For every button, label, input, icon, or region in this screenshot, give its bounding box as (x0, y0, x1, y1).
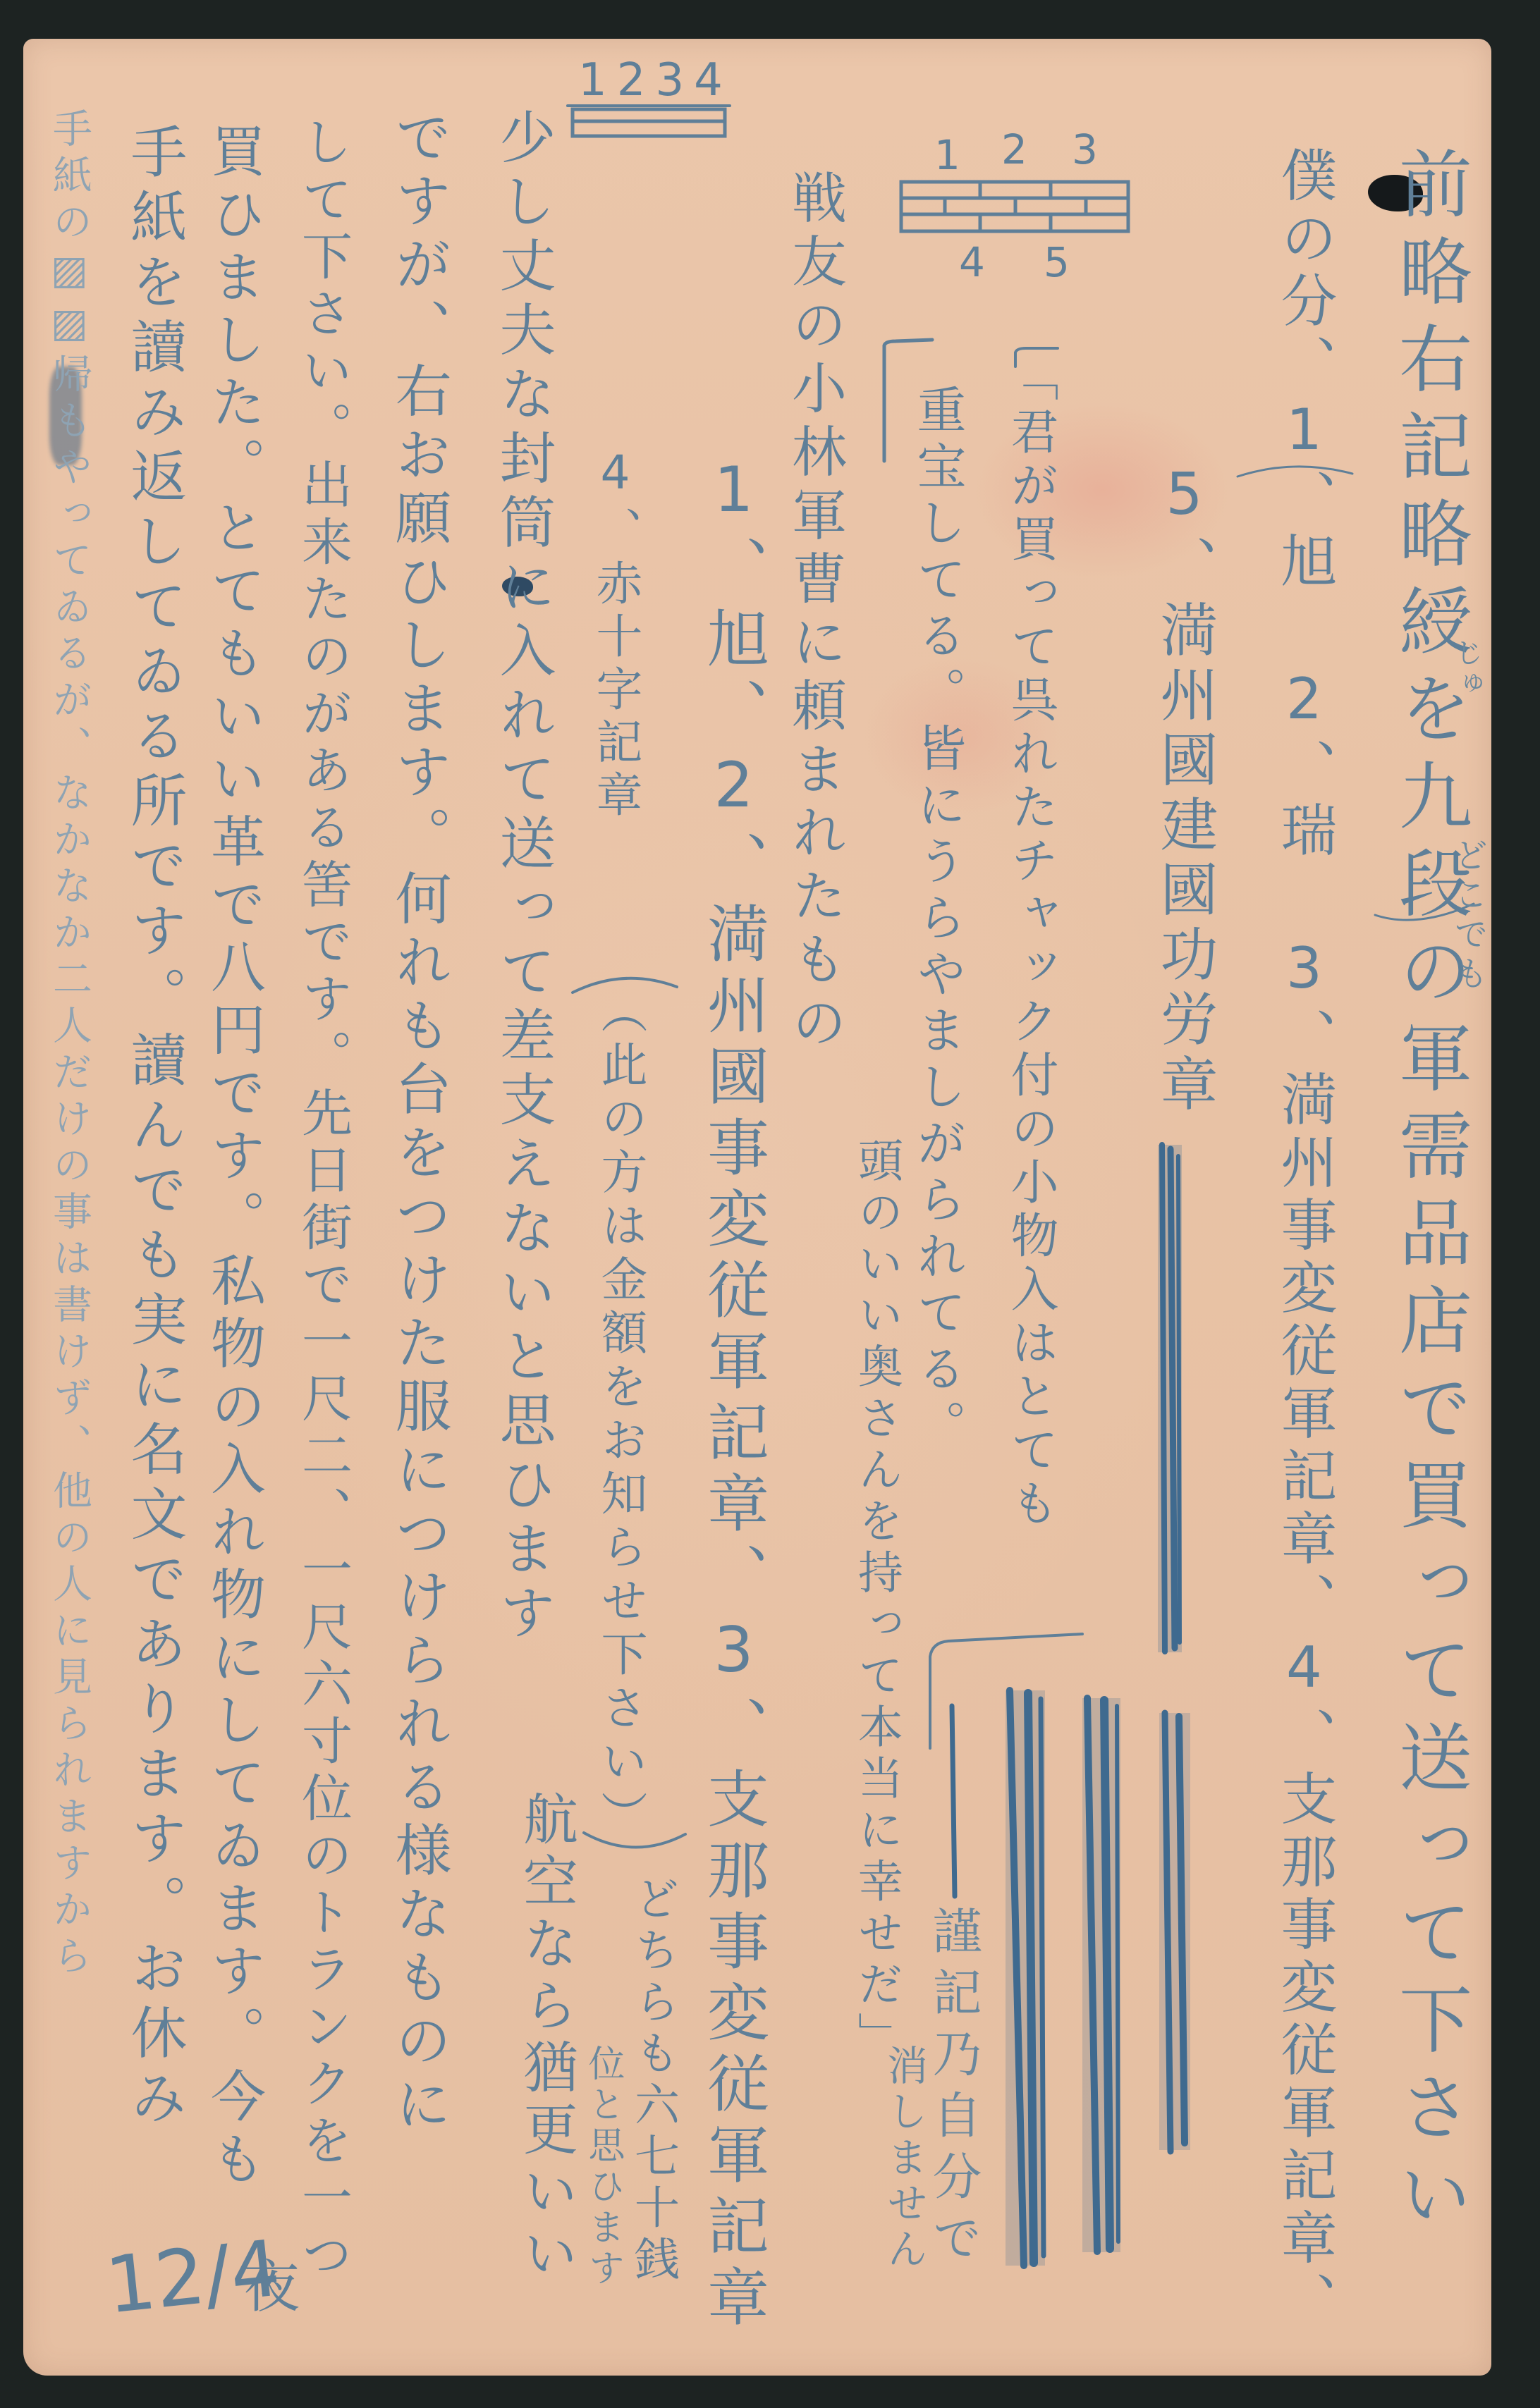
signoff-time: 夜 (243, 2259, 300, 2316)
letter-column-10: 少し丈夫な封筒に入れて送って差支えないと思ひます (494, 108, 551, 1647)
furigana-dokodemo: どこでも (1451, 837, 1485, 995)
letter-column-9c: どちらも六七十銭 (630, 1875, 676, 2287)
letter-column-14: 手紙を讀み返してゐる所です。讀んでも実に名文であります。お休み (126, 123, 182, 2133)
letter-column-9b: （此の方は金額をお知らせ下さい） (597, 987, 643, 1844)
letter-column-10b: 航空なら猶更いい (518, 1790, 573, 2287)
letter-column-4: 「君が買って呉れたチャック付の小物入はとても (1006, 353, 1054, 1532)
letter-column-9a: 4、赤十字記章 (592, 446, 638, 823)
letter-column-9d: 位と思ひます (585, 2044, 621, 2290)
letter-column-12: して下さい。出来たのがある筈です。先日街で一尺二、一尺六寸位のトランクを一つ (298, 116, 348, 2285)
letter-column-7: 戦友の小林軍曹に頼まれたもの (787, 169, 842, 1057)
letter-column-15-margin-note: 手紙の▨▨帰もやってゐるが、なかなか二人だけの事は書けず、他の人に見られますから (49, 108, 89, 1982)
letter-column-13: 買ひました。とてもいい革で八円です。私物の入れ物にしてゐます。今も (206, 123, 261, 2193)
furigana-ju: じゅ (1453, 638, 1481, 700)
letter-column-5: 重宝してる。皆にうらやましがられてる。 (913, 384, 963, 1456)
struck-out-text-1: 謹記乃自分で (929, 1905, 978, 2273)
letter-column-6: 頭のいい奥さんを持って本当に幸せだ」 (854, 1137, 899, 2063)
letter-column-3: 5、満州國建國功労章 (1155, 461, 1213, 1119)
letter-column-1: 前略右記略綬を九段の軍需品店で買って送って下さい (1393, 146, 1466, 2244)
struck-out-text-2: 消しません (884, 2044, 924, 2273)
letter-column-8: 1、旭、2、満州國事変従軍記章、3、支那事変従軍記章 (702, 453, 764, 2336)
letter-column-2: 僕の分、1、旭 2、瑞 3、満州事変従軍記章、4、支那事変従軍記章、 (1276, 146, 1332, 2334)
diagram-a-label: 1234 (578, 58, 733, 103)
letter-column-11: ですが、右お願ひします。何れも台をつけた服につけられる様なものに (390, 108, 446, 2138)
